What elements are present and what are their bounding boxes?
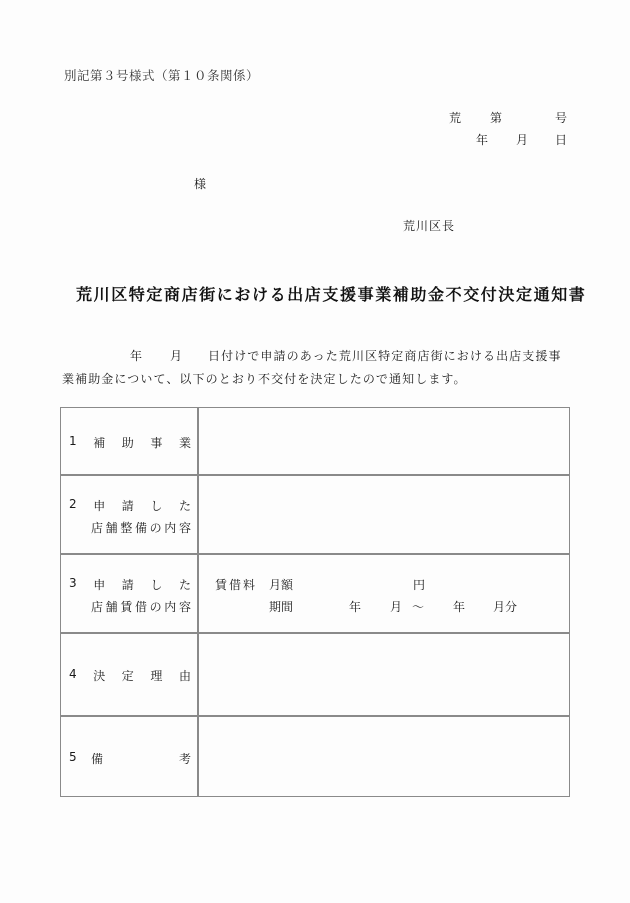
form-reference: 別記第３号様式（第１０条関係） — [64, 66, 259, 84]
yen-unit: 円 — [413, 576, 425, 593]
row-label: 1 補 助 事 業 — [69, 434, 191, 451]
row-label: 2 申 請 し た — [69, 497, 191, 514]
row-label-line2: 店 舗 整 備 の 内 容 — [91, 519, 191, 536]
to-year: 年 — [453, 598, 465, 615]
row-divider — [61, 715, 569, 717]
date-day: 日 — [555, 131, 567, 148]
from-month: 月 — [390, 598, 402, 615]
recipient-suffix: 様 — [194, 175, 206, 192]
rent-label: 賃借料 — [215, 576, 257, 593]
body-line2: 業補助金について、以下のとおり不交付を決定したので通知します。 — [62, 370, 467, 387]
to-month: 月分 — [493, 598, 517, 615]
date-year: 年 — [476, 131, 488, 148]
row-divider — [61, 553, 569, 555]
issuer: 荒川区長 — [403, 217, 455, 234]
row-label: 5 備 考 — [69, 750, 191, 767]
period-label: 期間 — [269, 598, 293, 615]
body-line1: 日付けで申請のあった荒川区特定商店街における出店支援事 — [208, 347, 562, 364]
details-table: 1 補 助 事 業 2 申 請 し た 店 舗 整 備 の 内 — [60, 407, 570, 797]
doc-number-mid: 第 — [490, 109, 502, 126]
row-label: 3 申 請 し た — [69, 576, 191, 593]
row-label: 4 決 定 理 由 — [69, 667, 191, 684]
body-year: 年 — [130, 347, 143, 364]
document-title: 荒川区特定商店街における出店支援事業補助金不交付決定通知書 — [76, 282, 586, 305]
tilde: ～ — [412, 598, 424, 615]
row-divider — [61, 474, 569, 476]
date-month: 月 — [516, 131, 528, 148]
monthly-label: 月額 — [269, 576, 293, 593]
column-divider — [197, 408, 199, 796]
doc-number-suffix: 号 — [555, 109, 567, 126]
body-month: 月 — [170, 347, 183, 364]
from-year: 年 — [349, 598, 361, 615]
doc-number-prefix: 荒 — [449, 109, 461, 126]
row-label-line2: 店 舗 賃 借 の 内 容 — [91, 598, 191, 615]
row-divider — [61, 632, 569, 634]
